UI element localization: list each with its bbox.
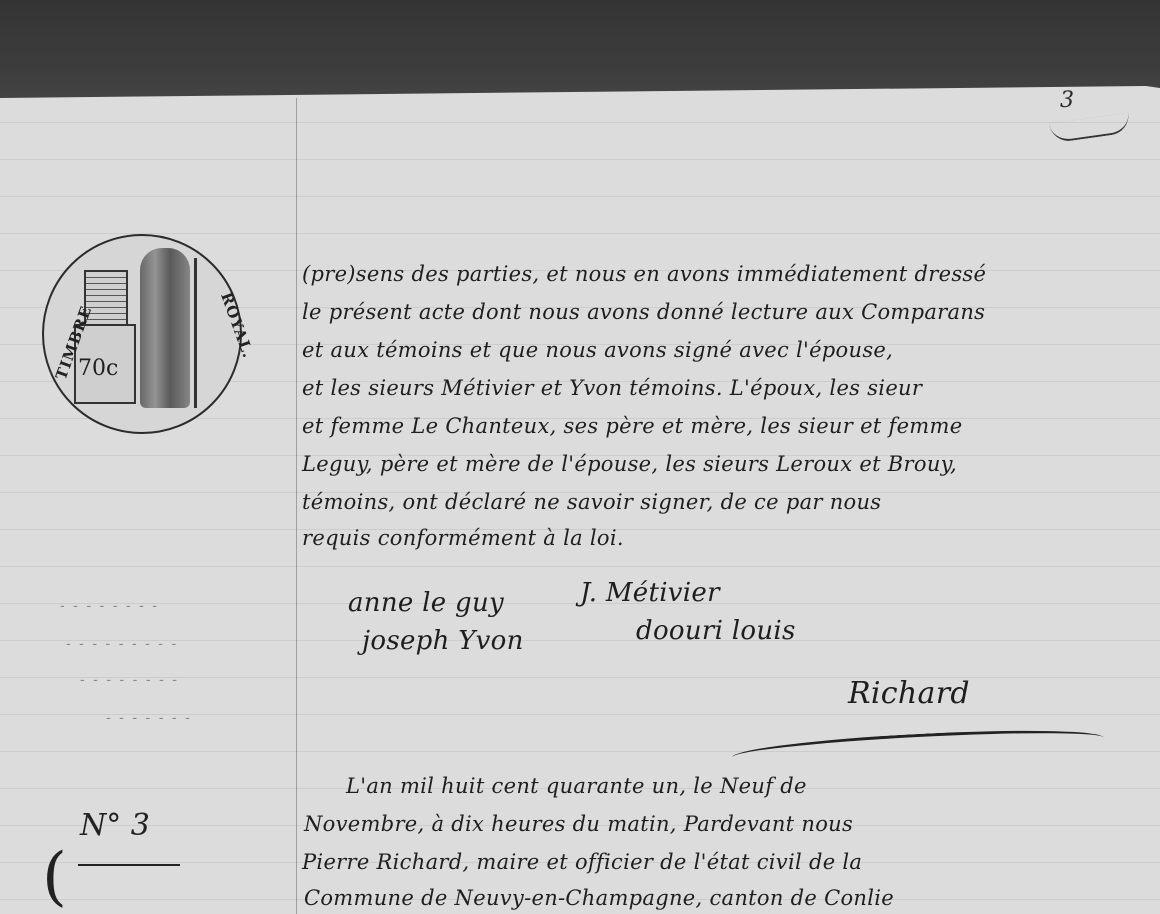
signature-metivier: J. Métivier	[580, 578, 720, 608]
stamp-staff-icon	[194, 258, 197, 408]
act2-line-3: Pierre Richard, maire et officier de l'é…	[302, 850, 862, 874]
folio-number: 3	[1060, 88, 1150, 148]
margin-ghost-line-2: - - - - - - - - -	[66, 636, 178, 652]
signature-mayor-richard: Richard	[848, 676, 970, 711]
signature-joseph-yvon: joseph Yvon	[362, 626, 524, 656]
stamp-price: 70c	[78, 356, 118, 381]
act-number-underline	[78, 864, 180, 866]
stamp-figure-icon	[140, 248, 190, 408]
act2-line-1: L'an mil huit cent quarante un, le Neuf …	[346, 774, 807, 798]
act1-line-6: Leguy, père et mère de l'épouse, les sie…	[302, 452, 957, 476]
margin-ghost-line-4: - - - - - - -	[106, 710, 192, 726]
signature-anne-le-guy: anne le guy	[348, 588, 504, 618]
margin-rule	[296, 98, 297, 914]
act-number: N° 3	[80, 808, 150, 843]
act1-line-5: et femme Le Chanteux, ses père et mère, …	[302, 414, 962, 438]
act2-line-4: Commune de Neuvy-en-Champagne, canton de…	[304, 886, 894, 910]
royal-stamp-seal: 70c TIMBRE ROYAL.	[42, 234, 242, 434]
margin-brace-icon: (	[42, 840, 67, 914]
act1-line-4: et les sieurs Métivier et Yvon témoins. …	[302, 376, 922, 400]
margin-ghost-line-3: - - - - - - - -	[80, 672, 179, 688]
act1-line-3: et aux témoins et que nous avons signé a…	[302, 338, 893, 362]
act1-line-7: témoins, ont déclaré ne savoir signer, d…	[302, 490, 881, 514]
margin-ghost-line-1: - - - - - - - -	[60, 598, 159, 614]
act1-line-1: (pre)sens des parties, et nous en avons …	[302, 262, 986, 286]
signature-louis: doouri louis	[636, 616, 796, 646]
act1-line-8: requis conformément à la loi.	[302, 526, 624, 550]
folio-flourish-icon	[1049, 113, 1131, 144]
folio-label: 3	[1060, 88, 1074, 113]
scanner-background	[0, 0, 1160, 100]
act2-line-2: Novembre, à dix heures du matin, Pardeva…	[304, 812, 853, 836]
act1-line-2: le présent acte dont nous avons donné le…	[302, 300, 985, 324]
